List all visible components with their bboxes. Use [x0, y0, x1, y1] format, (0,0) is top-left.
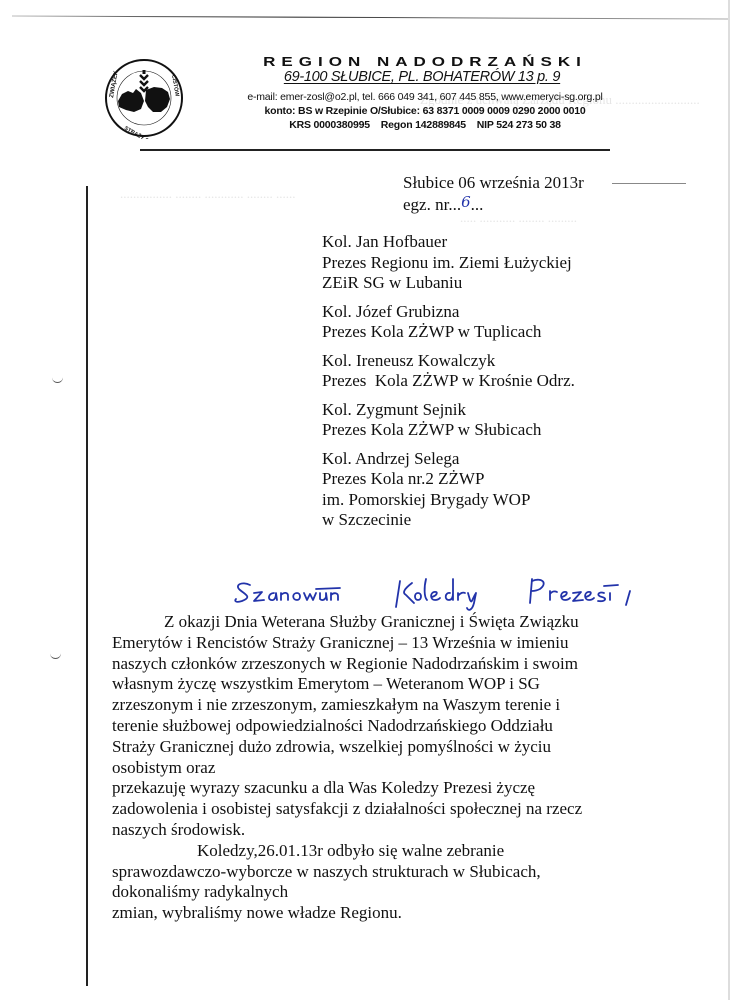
- date-underline: [612, 183, 686, 184]
- body-line: dokonaliśmy radykalnych: [112, 882, 712, 903]
- bank-account-line: konto: BS w Rzepinie O/Słubice: 63 8371 …: [175, 104, 675, 118]
- recipient-name: Kol. Andrzej Selega: [322, 449, 575, 470]
- recipient-title: Prezes Kola ZŻWP w Krośnie Odrz.: [322, 371, 575, 392]
- body-line: naszych środowisk.: [112, 820, 712, 841]
- recipient-title: Prezes Kola ZŻWP w Tuplicach: [322, 322, 575, 343]
- recipient-name: Kol. Zygmunt Sejnik: [322, 400, 575, 421]
- scan-edge-line: [12, 15, 728, 19]
- body-line: naszych członków zrzeszonych w Regionie …: [112, 654, 712, 675]
- recipient-unit: im. Pomorskiej Brygady WOP: [322, 490, 575, 511]
- recipient: Kol. Andrzej Selega Prezes Kola nr.2 ZŻW…: [322, 449, 575, 531]
- recipient: Kol. Józef Grubizna Prezes Kola ZŻWP w T…: [322, 302, 575, 343]
- copy-number-suffix: ...: [471, 195, 484, 214]
- body-line: Z okazji Dnia Weterana Służby Granicznej…: [112, 612, 712, 633]
- letter-date: Słubice 06 września 2013r: [403, 173, 584, 193]
- body-line: zadowolenia i osobistej satysfakcji z dz…: [112, 799, 712, 820]
- handwritten-salutation: Szanowni Koledzy Prezesi,: [232, 571, 652, 611]
- body-line: przekazuję wyrazy szacunku a dla Was Kol…: [112, 778, 712, 799]
- recipient-name: Kol. Jan Hofbauer: [322, 232, 575, 253]
- body-line: Emerytów i Rencistów Straży Granicznej –…: [112, 633, 712, 654]
- body-line: własnym życzę wszystkim Emerytom – Weter…: [112, 674, 712, 695]
- copy-number: egz. nr...6...: [403, 195, 483, 215]
- copy-number-label: egz. nr...: [403, 195, 461, 214]
- border-guard-emblem-icon: ZWIĄZEK STRAŻY GRANICZNEJ CISTÓW: [104, 57, 184, 139]
- recipient: Kol. Jan Hofbauer Prezes Regionu im. Zie…: [322, 232, 575, 294]
- punch-hole-mark: [52, 375, 63, 383]
- punch-hole-mark: [50, 651, 61, 659]
- organization-contact: e-mail: emer-zosl@o2.pl, tel. 666 049 34…: [175, 90, 675, 132]
- body-line: sprawozdawczo-wyborcze w naszych struktu…: [112, 862, 712, 883]
- recipient-title: Prezes Kola nr.2 ZŻWP: [322, 469, 575, 490]
- body-line: terenie służbowej odpowiedzialności Nado…: [112, 716, 712, 737]
- copy-number-handwritten: 6: [461, 193, 471, 211]
- header-divider: [140, 149, 610, 151]
- recipient-name: Kol. Ireneusz Kowalczyk: [322, 351, 575, 372]
- recipients-block: Kol. Jan Hofbauer Prezes Regionu im. Zie…: [322, 232, 575, 539]
- organization-address: 69-100 SŁUBICE, PL. BOHATERÓW 13 p. 9: [246, 69, 598, 85]
- recipient-organization: ZEiR SG w Lubaniu: [322, 273, 575, 294]
- letter-body: Z okazji Dnia Weterana Służby Granicznej…: [112, 612, 712, 924]
- registry-line: KRS 0000380995 Regon 142889845 NIP 524 2…: [175, 118, 675, 132]
- body-line: Straży Granicznej dużo zdrowia, wszelkie…: [112, 737, 712, 758]
- contact-line: e-mail: emer-zosl@o2.pl, tel. 666 049 34…: [175, 90, 675, 104]
- recipient-title: Prezes Regionu im. Ziemi Łużyckiej: [322, 253, 575, 274]
- margin-rule: [86, 186, 88, 986]
- body-line: Koledzy,26.01.13r odbyło się walne zebra…: [112, 841, 712, 862]
- body-line: zrzeszonym i nie zrzeszonym, zamieszkały…: [112, 695, 712, 716]
- body-line: osobistym oraz: [112, 758, 712, 779]
- svg-text:ZWIĄZEK: ZWIĄZEK: [109, 70, 120, 99]
- recipient: Kol. Ireneusz Kowalczyk Prezes Kola ZŻWP…: [322, 351, 575, 392]
- recipient-location: w Szczecinie: [322, 510, 575, 531]
- recipient-name: Kol. Józef Grubizna: [322, 302, 575, 323]
- recipient-title: Prezes Kola ZŻWP w Słubicach: [322, 420, 575, 441]
- bleed-through-text: ................ ........ ............ .…: [120, 186, 296, 202]
- body-line: zmian, wybraliśmy nowe władze Regionu.: [112, 903, 712, 924]
- recipient: Kol. Zygmunt Sejnik Prezes Kola ZŻWP w S…: [322, 400, 575, 441]
